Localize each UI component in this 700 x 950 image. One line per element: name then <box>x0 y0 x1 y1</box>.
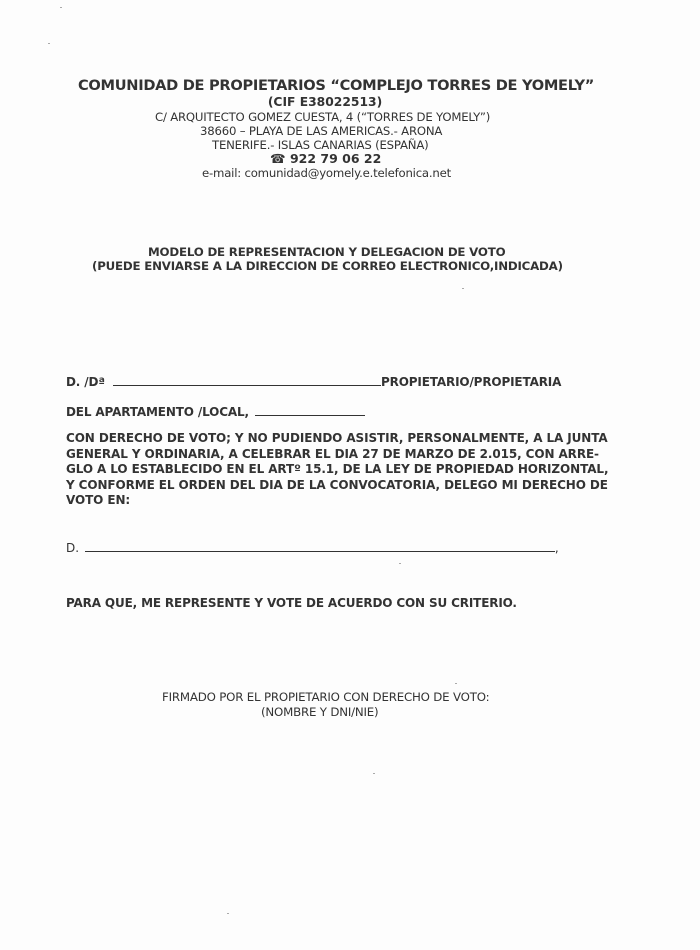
owner-name-field[interactable] <box>113 375 381 386</box>
scan-speck <box>60 7 62 8</box>
scan-speck <box>373 773 375 774</box>
owner-label: D. /Dª <box>66 375 105 389</box>
scan-speck <box>227 913 229 914</box>
scan-speck <box>455 683 457 684</box>
scan-speck <box>462 288 464 289</box>
delegate-name-field[interactable] <box>85 541 555 552</box>
paragraph-line: VOTO EN: <box>66 493 566 509</box>
phone-row: ☎ 922 79 06 22 <box>270 151 381 166</box>
cif-number: (CIF E38022513) <box>200 95 450 109</box>
email-address: e-mail: comunidad@yomely.e.telefonica.ne… <box>202 166 451 180</box>
form-subheading: (PUEDE ENVIARSE A LA DIRECCION DE CORREO… <box>92 259 563 273</box>
address-line-1: C/ ARQUITECTO GOMEZ CUESTA, 4 (“TORRES D… <box>155 110 490 124</box>
closing-statement: PARA QUE, ME REPRESENTE Y VOTE DE ACUERD… <box>66 596 517 610</box>
scan-speck <box>48 43 50 44</box>
telephone-icon: ☎ <box>270 151 286 166</box>
address-line-3: TENERIFE.- ISLAS CANARIAS (ESPAÑA) <box>212 138 429 152</box>
signature-label: FIRMADO POR EL PROPIETARIO CON DERECHO D… <box>162 690 489 704</box>
form-heading: MODELO DE REPRESENTACION Y DELEGACION DE… <box>148 245 505 259</box>
delegate-label: D. <box>66 541 79 555</box>
delegation-paragraph: CON DERECHO DE VOTO; Y NO PUDIENDO ASIST… <box>66 431 566 509</box>
apartment-label: DEL APARTAMENTO /LOCAL, <box>66 405 249 419</box>
apartment-field[interactable] <box>255 405 365 416</box>
delegate-row: D. , <box>66 541 559 555</box>
scan-speck <box>399 563 401 564</box>
paragraph-line: CON DERECHO DE VOTO; Y NO PUDIENDO ASIST… <box>66 431 566 447</box>
paragraph-line: GENERAL Y ORDINARIA, A CELEBRAR EL DIA 2… <box>66 447 566 463</box>
owner-suffix: PROPIETARIO/PROPIETARIA <box>381 375 561 389</box>
paragraph-line: GLO A LO ESTABLECIDO EN EL ARTº 15.1, DE… <box>66 462 566 478</box>
address-line-2: 38660 – PLAYA DE LAS AMERICAS.- ARONA <box>200 124 442 138</box>
paragraph-line: Y CONFORME EL ORDEN DEL DIA DE LA CONVOC… <box>66 478 566 494</box>
owner-row: D. /Dª PROPIETARIO/PROPIETARIA <box>66 375 561 389</box>
delegate-suffix: , <box>555 541 559 555</box>
phone-number: 922 79 06 22 <box>290 151 381 166</box>
community-title: COMUNIDAD DE PROPIETARIOS “COMPLEJO TORR… <box>78 77 594 94</box>
signature-sublabel: (NOMBRE Y DNI/NIE) <box>261 705 378 719</box>
apartment-row: DEL APARTAMENTO /LOCAL, <box>66 405 365 419</box>
